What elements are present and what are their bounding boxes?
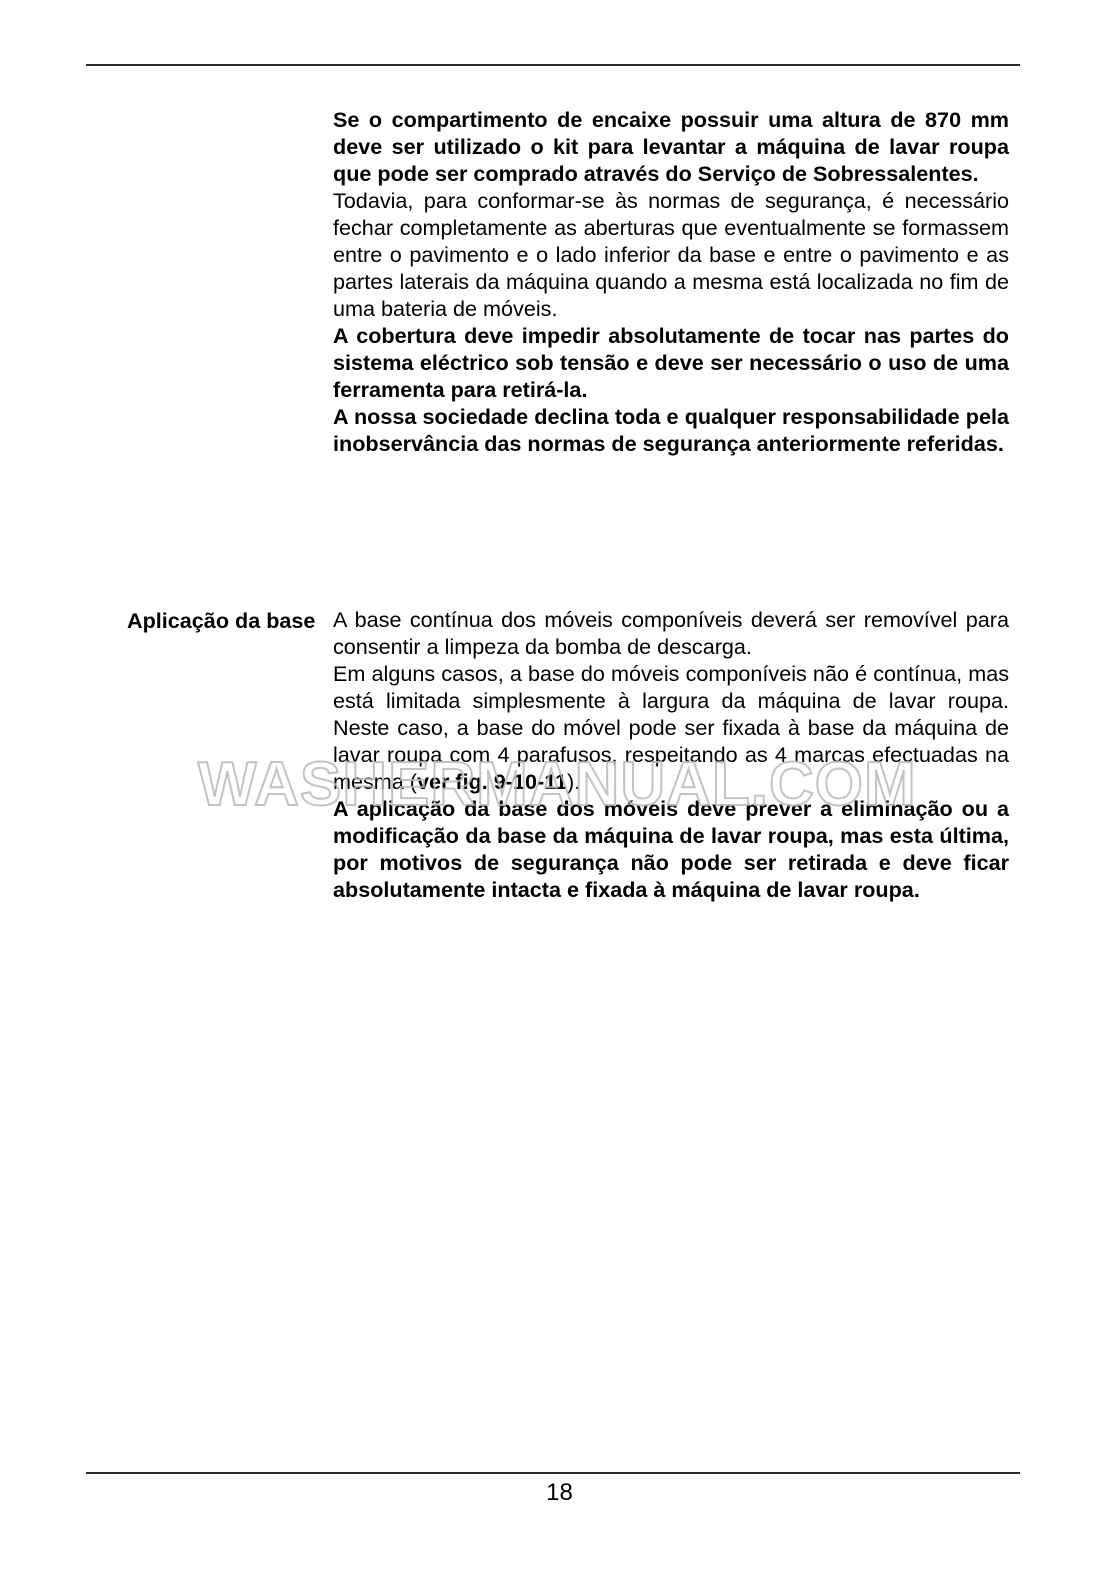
page-number: 18 [0,1478,1119,1508]
cover-warning-paragraph: A cobertura deve impedir absolutamente d… [333,322,1009,403]
safety-openings-paragraph: Todavia, para conformar-se às normas de … [333,187,1009,322]
removable-base-paragraph: A base contínua dos móveis componíveis d… [333,606,1009,660]
fixing-base-end: ). [567,769,580,794]
section-heading-base: Aplicação da base [127,606,317,635]
header-rule [86,64,1020,66]
base-application-block: A base contínua dos móveis componíveis d… [333,606,1009,903]
liability-disclaimer-paragraph: A nossa sociedade declina toda e qualque… [333,403,1009,457]
footer-rule [86,1472,1020,1474]
figure-reference: ver fig. 9-10-11 [417,769,567,794]
base-safety-paragraph: A aplicação da base dos móveis deve prev… [333,795,1009,903]
fixing-base-paragraph: Em alguns casos, a base do móveis compon… [333,660,1009,795]
installation-notes-block: Se o compartimento de encaixe possuir um… [333,106,1009,457]
raising-kit-paragraph: Se o compartimento de encaixe possuir um… [333,106,1009,187]
